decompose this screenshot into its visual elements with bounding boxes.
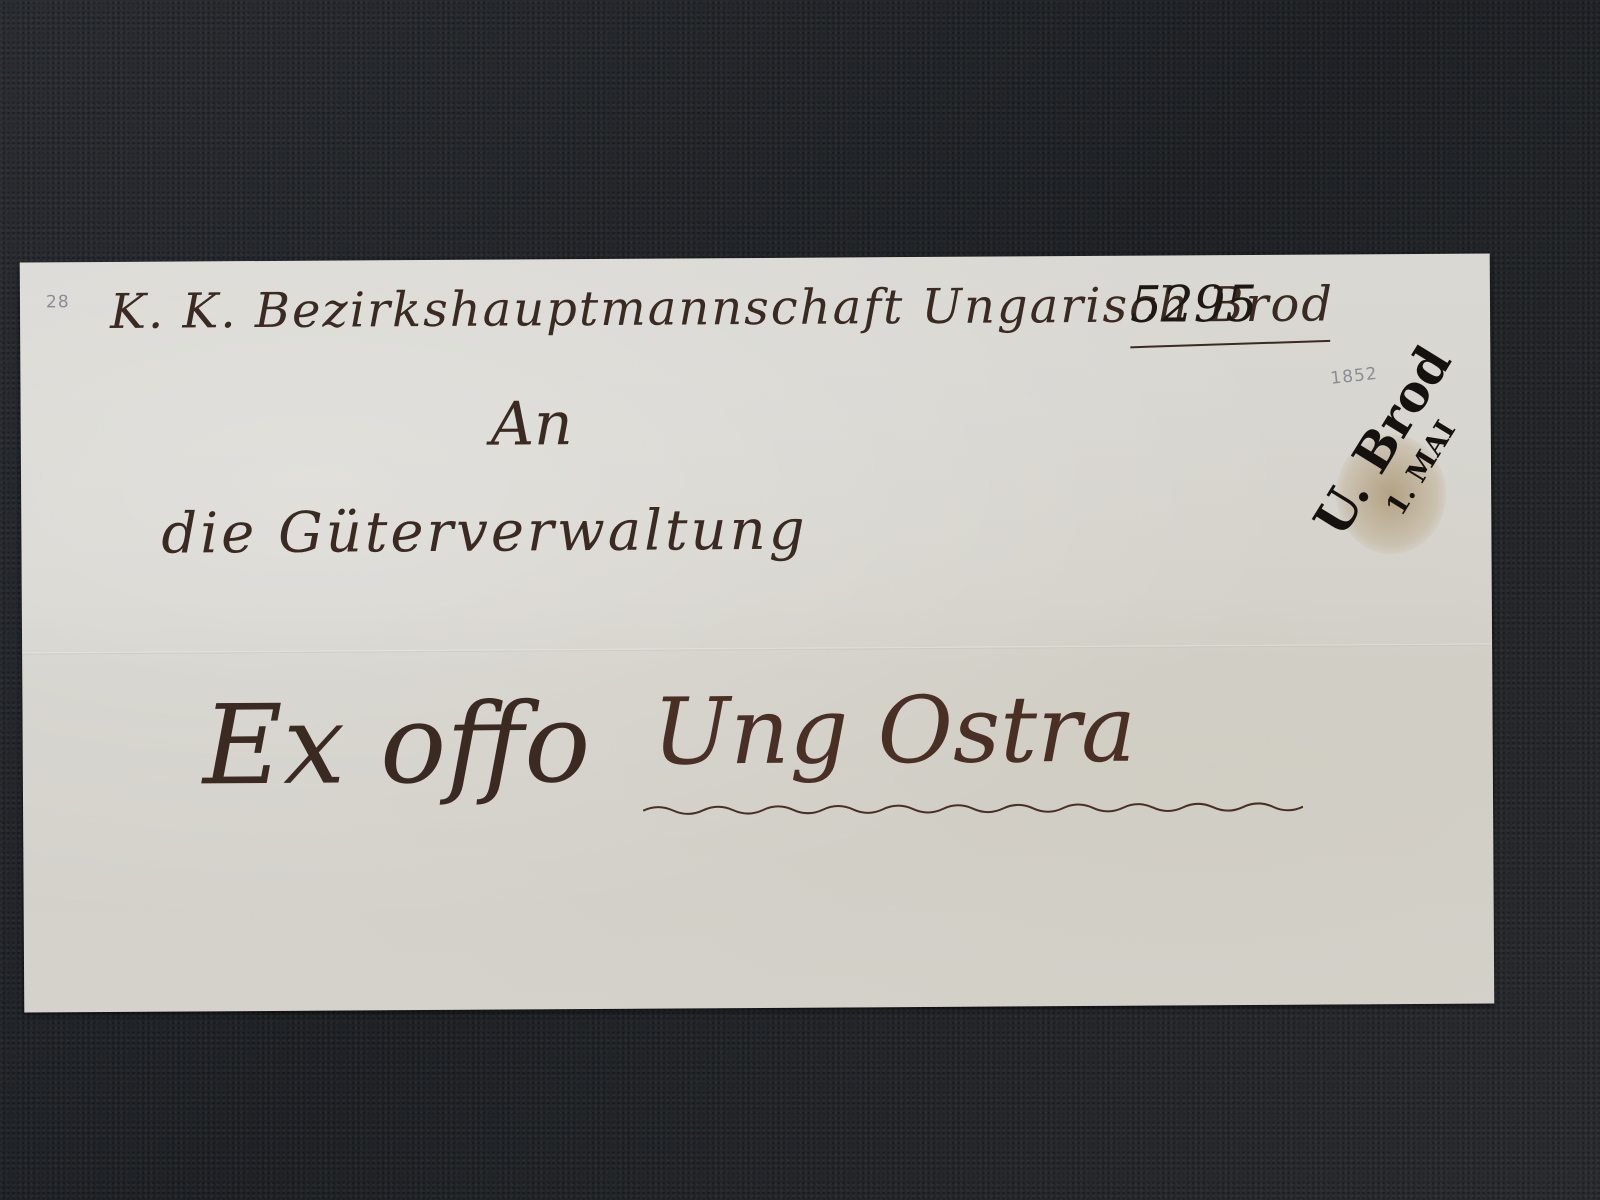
- reference-number: 5295: [1130, 275, 1258, 334]
- destination-wavy-underline: [643, 800, 1303, 818]
- salutation: An: [491, 389, 573, 459]
- destination: Ung Ostra: [652, 676, 1136, 786]
- pencil-note-year: 1852: [1329, 364, 1378, 389]
- pencil-note-number: 28: [46, 292, 70, 312]
- letter-cover: 28 1852 K. K. Bezirkshauptmannschaft Ung…: [20, 254, 1495, 1013]
- addressee-line: die Güterverwaltung: [161, 498, 808, 567]
- postmark: U. Brod 1. MAI: [1256, 434, 1447, 655]
- reference-underline: [1130, 340, 1330, 348]
- service-mark: Ex offo: [202, 679, 590, 809]
